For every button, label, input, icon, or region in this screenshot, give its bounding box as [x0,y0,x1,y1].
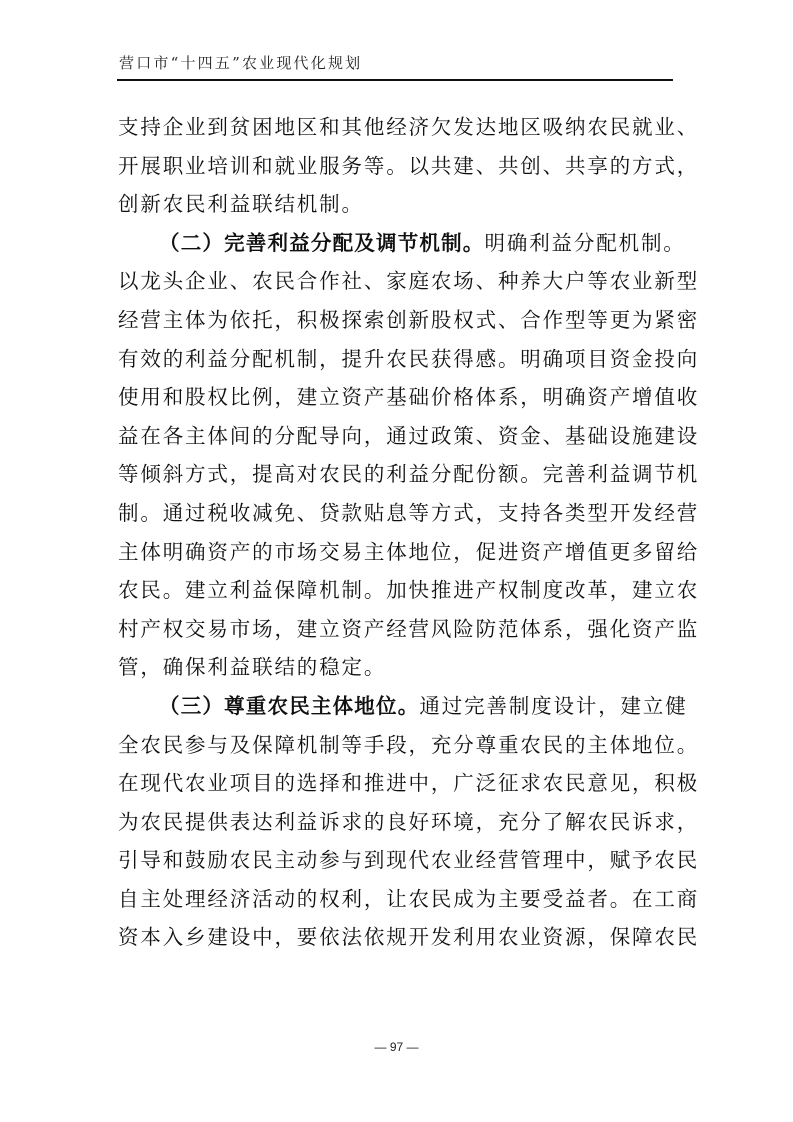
text-line: 等倾斜方式，提高对农民的利益分配份额。完善利益调节机 [118,455,678,494]
text-line: 为农民提供表达利益诉求的良好环境，充分了解农民诉求， [118,803,678,842]
text-line: 使用和股权比例，建立资产基础价格体系，明确资产增值收 [118,378,678,417]
text-line: 村产权交易市场，建立资产经营风险防范体系，强化资产监 [118,610,678,649]
text-line: 农民。建立利益保障机制。加快推进产权制度改革，建立农 [118,571,678,610]
text-line: 自主处理经济活动的权利，让农民成为主要受益者。在工商 [118,880,678,919]
text-run: 明确利益分配机制。 [485,231,686,255]
text-line: 以龙头企业、农民合作社、家庭农场、种养大户等农业新型 [118,262,678,301]
document-title: 营口市“十四五”农业现代化规划 [119,52,362,73]
running-header: 营口市“十四五”农业现代化规划 [117,52,673,81]
section-heading-line: （二）完善利益分配及调节机制。明确利益分配机制。 [118,224,678,263]
text-line: 支持企业到贫困地区和其他经济欠发达地区吸纳农民就业、 [118,108,678,147]
section-heading: （二）完善利益分配及调节机制。 [159,231,485,255]
text-line: 开展职业培训和就业服务等。以共建、共创、共享的方式， [118,147,678,186]
text-line: 有效的利益分配机制，提升农民获得感。明确项目资金投向 [118,340,678,379]
section-heading: （三）尊重农民主体地位。 [159,694,419,718]
text-line: 创新农民利益联结机制。 [118,185,678,224]
text-line: 制。通过税收减免、贷款贴息等方式，支持各类型开发经营 [118,494,678,533]
body-text: 支持企业到贫困地区和其他经济欠发达地区吸纳农民就业、 开展职业培训和就业服务等。… [118,108,678,957]
text-line: 益在各主体间的分配导向，通过政策、资金、基础设施建设 [118,417,678,456]
section-heading-line: （三）尊重农民主体地位。通过完善制度设计，建立健 [118,687,678,726]
text-line: 经营主体为依托，积极探索创新股权式、合作型等更为紧密 [118,301,678,340]
text-line: 引导和鼓励农民主动参与到现代农业经营管理中，赋予农民 [118,841,678,880]
text-line: 主体明确资产的市场交易主体地位，促进资产增值更多留给 [118,533,678,572]
text-run: 通过完善制度设计，建立健 [419,694,687,718]
text-line: 资本入乡建设中，要依法依规开发利用农业资源，保障农民 [118,918,678,957]
text-line: 在现代农业项目的选择和推进中，广泛征求农民意见，积极 [118,764,678,803]
page-number: — 97 — [0,1040,793,1054]
text-line: 管，确保利益联结的稳定。 [118,648,678,687]
text-line: 全农民参与及保障机制等手段，充分尊重农民的主体地位。 [118,726,678,765]
